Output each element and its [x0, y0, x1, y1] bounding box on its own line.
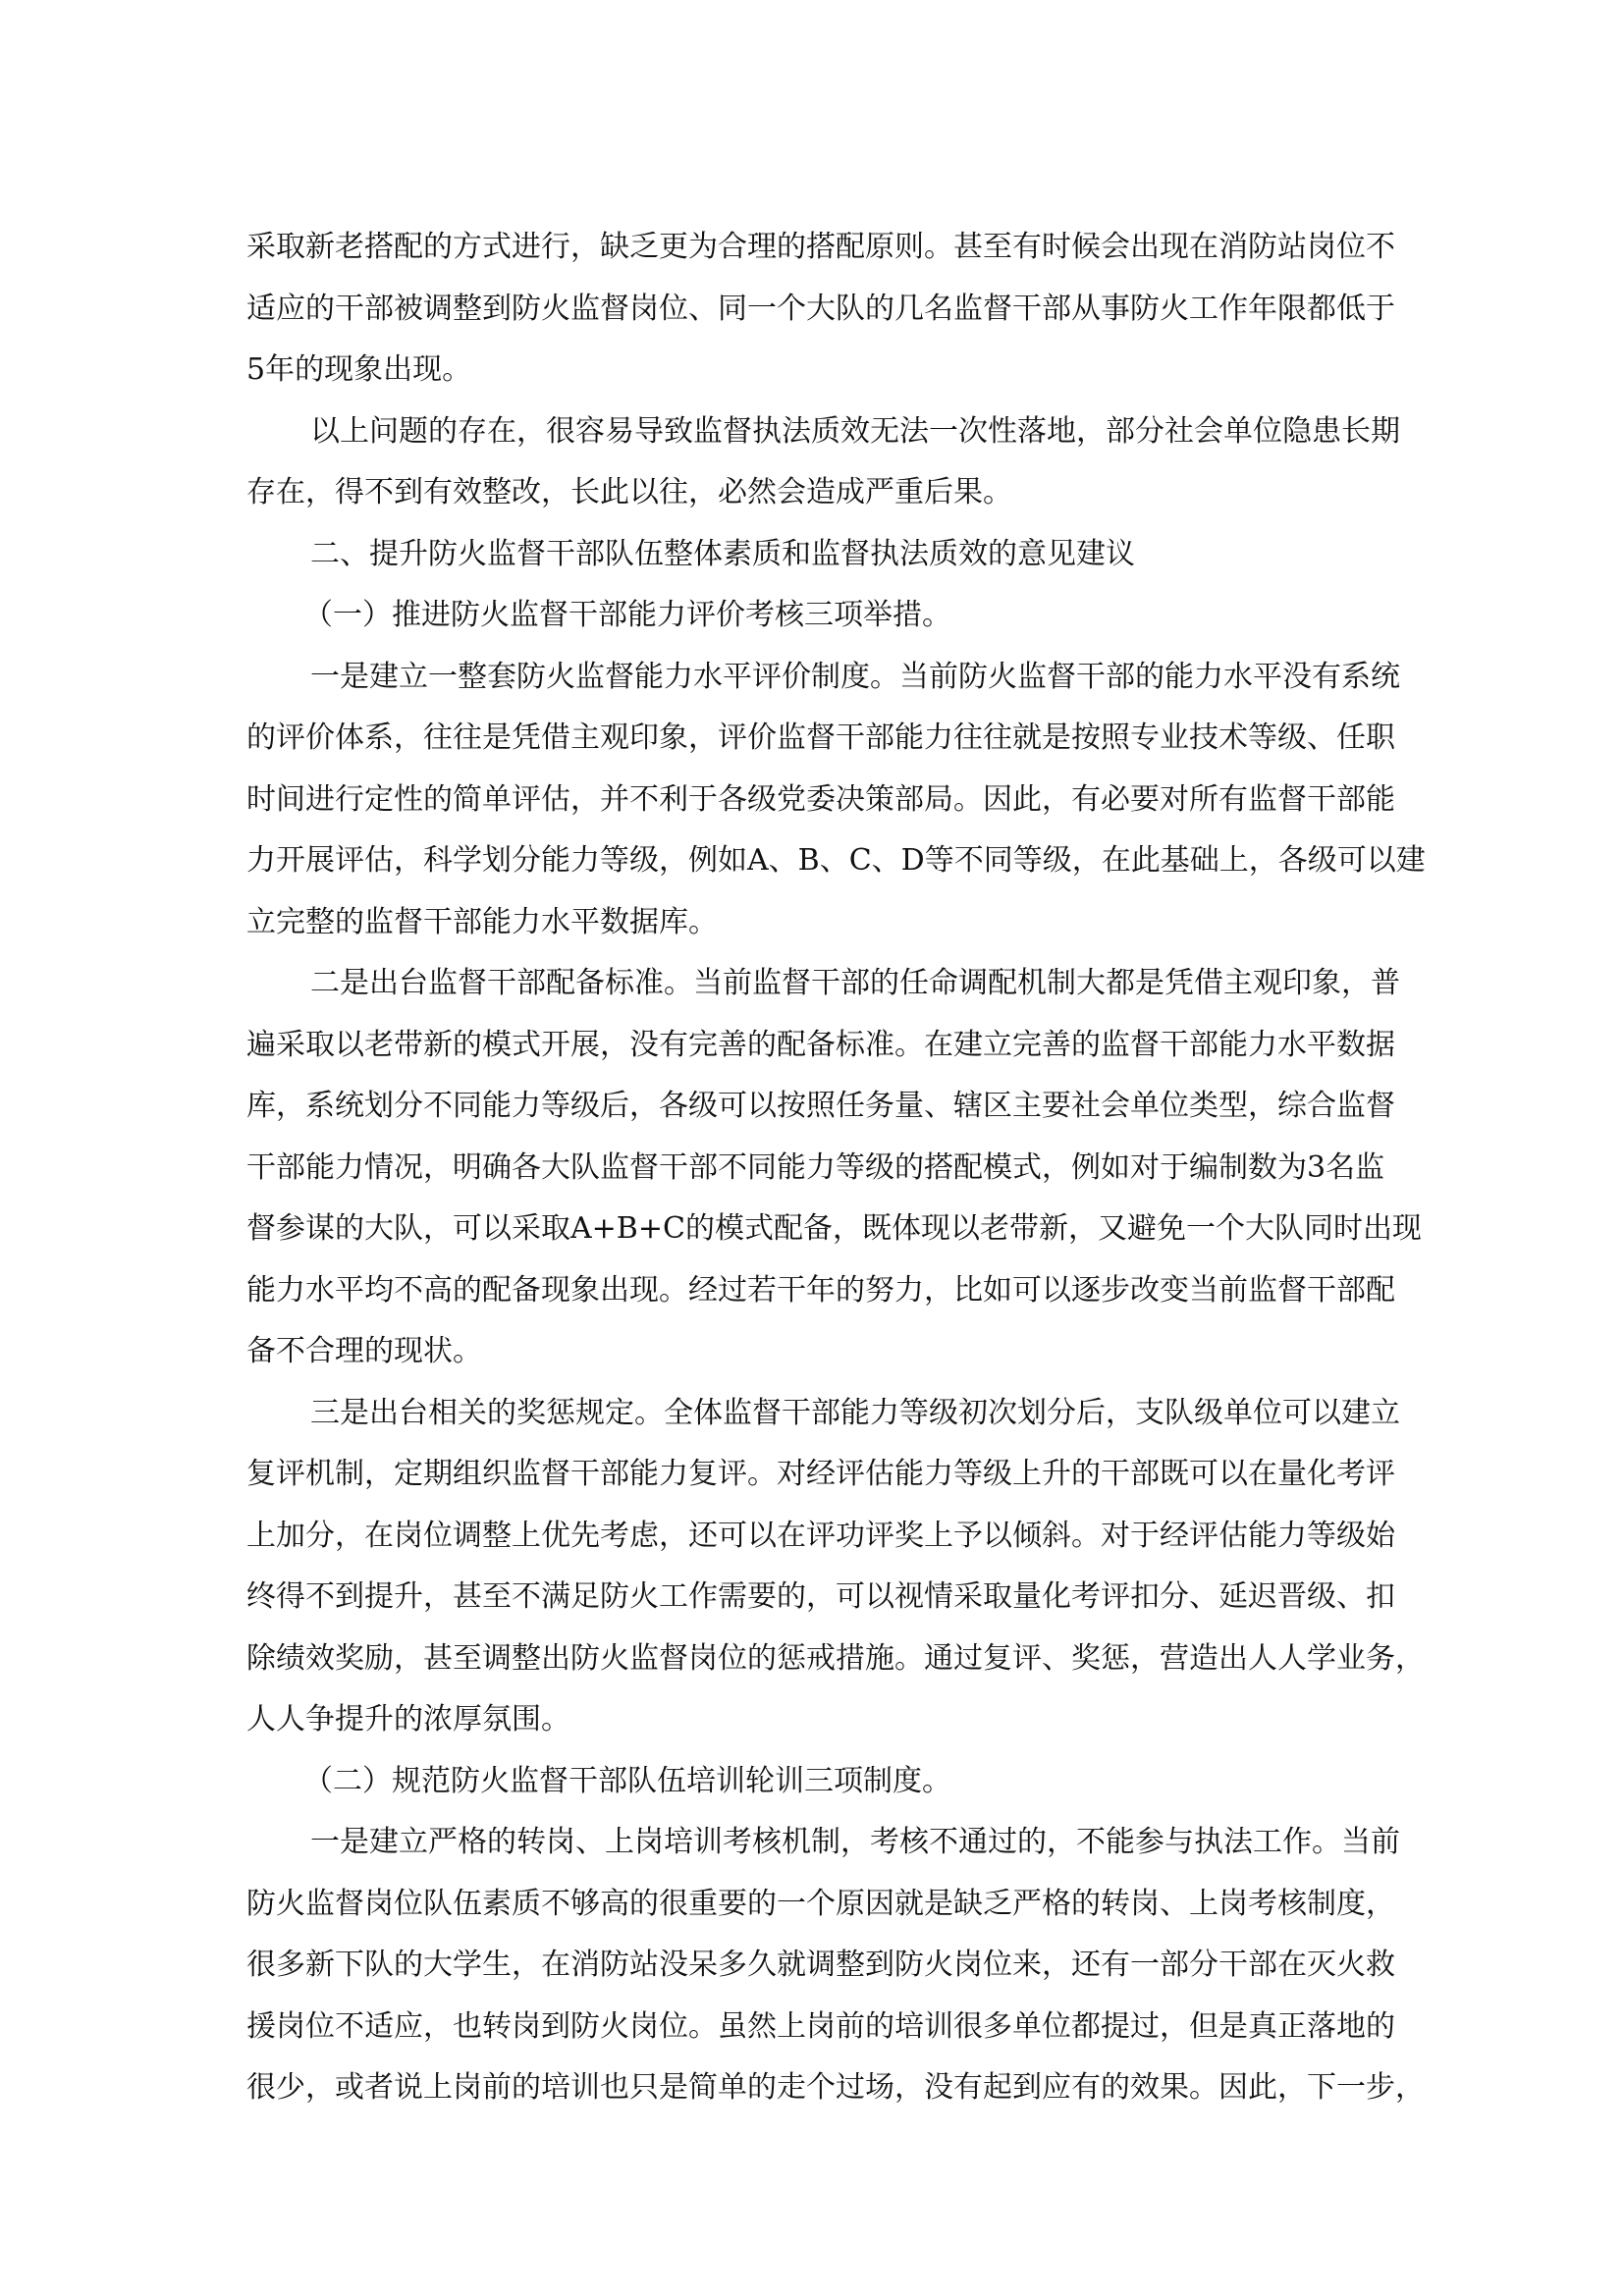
text-line: 库，系统划分不同能力等级后，各级可以按照任务量、辖区主要社会单位类型，综合监督 — [246, 1076, 1363, 1138]
text-line: 二是出台监督干部配备标准。当前监督干部的任命调配机制大都是凭借主观印象，普 — [246, 953, 1363, 1015]
text-line: 很少，或者说上岗前的培训也只是简单的走个过场，没有起到应有的效果。因此，下一步， — [246, 2057, 1363, 2119]
paragraph-problem-summary: 以上问题的存在，很容易导致监督执法质效无法一次性落地，部分社会单位隐患长期 存在… — [246, 401, 1363, 524]
text-line: 能力水平均不高的配备现象出现。经过若干年的努力，比如可以逐步改变当前监督干部配 — [246, 1260, 1363, 1322]
text-line: 备不合理的现状。 — [246, 1321, 1363, 1383]
paragraph-measure-3: 三是出台相关的奖惩规定。全体监督干部能力等级初次划分后，支队级单位可以建立 复评… — [246, 1383, 1363, 1751]
text-line: 力开展评估，科学划分能力等级，例如A、B、C、D等不同等级，在此基础上，各级可以… — [246, 830, 1363, 892]
paragraph-continuation: 采取新老搭配的方式进行，缺乏更为合理的搭配原则。甚至有时候会出现在消防站岗位不 … — [246, 217, 1363, 401]
subsection-heading-1: （一）推进防火监督干部能力评价考核三项举措。 — [246, 585, 1363, 647]
text-line: 干部能力情况，明确各大队监督干部不同能力等级的搭配模式，例如对于编制数为3名监 — [246, 1138, 1363, 1200]
text-line: 援岗位不适应，也转岗到防火岗位。虽然上岗前的培训很多单位都提过，但是真正落地的 — [246, 1997, 1363, 2058]
text-line: 三是出台相关的奖惩规定。全体监督干部能力等级初次划分后，支队级单位可以建立 — [246, 1383, 1363, 1445]
section-heading: 二、提升防火监督干部队伍整体素质和监督执法质效的意见建议 — [246, 524, 1363, 586]
text-line: 复评机制，定期组织监督干部能力复评。对经评估能力等级上升的干部既可以在量化考评 — [246, 1444, 1363, 1506]
text-line: 时间进行定性的简单评估，并不利于各级党委决策部局。因此，有必要对所有监督干部能 — [246, 770, 1363, 831]
text-line: 采取新老搭配的方式进行，缺乏更为合理的搭配原则。甚至有时候会出现在消防站岗位不 — [246, 217, 1363, 279]
text-line: 很多新下队的大学生，在消防站没呆多久就调整到防火岗位来，还有一部分干部在灭火救 — [246, 1935, 1363, 1997]
text-line: 人人争提升的浓厚氛围。 — [246, 1689, 1363, 1751]
paragraph-measure-2: 二是出台监督干部配备标准。当前监督干部的任命调配机制大都是凭借主观印象，普 遍采… — [246, 953, 1363, 1383]
text-line: 遍采取以老带新的模式开展，没有完善的配备标准。在建立完善的监督干部能力水平数据 — [246, 1015, 1363, 1077]
text-line: 一是建立一整套防火监督能力水平评价制度。当前防火监督干部的能力水平没有系统 — [246, 647, 1363, 709]
subsection-heading-2: （二）规范防火监督干部队伍培训轮训三项制度。 — [246, 1751, 1363, 1813]
section-heading-text: 二、提升防火监督干部队伍整体素质和监督执法质效的意见建议 — [246, 524, 1363, 586]
text-line: 适应的干部被调整到防火监督岗位、同一个大队的几名监督干部从事防火工作年限都低于 — [246, 279, 1363, 341]
text-line: 以上问题的存在，很容易导致监督执法质效无法一次性落地，部分社会单位隐患长期 — [246, 401, 1363, 463]
paragraph-measure-1: 一是建立一整套防火监督能力水平评价制度。当前防火监督干部的能力水平没有系统 的评… — [246, 647, 1363, 954]
document-page: 采取新老搭配的方式进行，缺乏更为合理的搭配原则。甚至有时候会出现在消防站岗位不 … — [246, 217, 1363, 2119]
subsection-heading-text: （一）推进防火监督干部能力评价考核三项举措。 — [246, 585, 1363, 647]
text-line: 终得不到提升，甚至不满足防火工作需要的，可以视情采取量化考评扣分、延迟晋级、扣 — [246, 1567, 1363, 1629]
text-line: 的评价体系，往往是凭借主观印象，评价监督干部能力往往就是按照专业技术等级、任职 — [246, 708, 1363, 770]
text-line: 一是建立严格的转岗、上岗培训考核机制，考核不通过的，不能参与执法工作。当前 — [246, 1812, 1363, 1874]
text-line: 上加分，在岗位调整上优先考虑，还可以在评功评奖上予以倾斜。对于经评估能力等级始 — [246, 1506, 1363, 1568]
subsection-heading-text: （二）规范防火监督干部队伍培训轮训三项制度。 — [246, 1751, 1363, 1813]
text-line: 立完整的监督干部能力水平数据库。 — [246, 892, 1363, 954]
text-line: 除绩效奖励，甚至调整出防火监督岗位的惩戒措施。通过复评、奖惩，营造出人人学业务， — [246, 1629, 1363, 1690]
text-line: 存在，得不到有效整改，长此以往，必然会造成严重后果。 — [246, 462, 1363, 524]
text-line: 防火监督岗位队伍素质不够高的很重要的一个原因就是缺乏严格的转岗、上岗考核制度， — [246, 1874, 1363, 1936]
text-line: 督参谋的大队，可以采取A+B+C的模式配备，既体现以老带新，又避免一个大队同时出… — [246, 1199, 1363, 1260]
paragraph-training-1: 一是建立严格的转岗、上岗培训考核机制，考核不通过的，不能参与执法工作。当前 防火… — [246, 1812, 1363, 2119]
text-line: 5年的现象出现。 — [246, 340, 1363, 401]
